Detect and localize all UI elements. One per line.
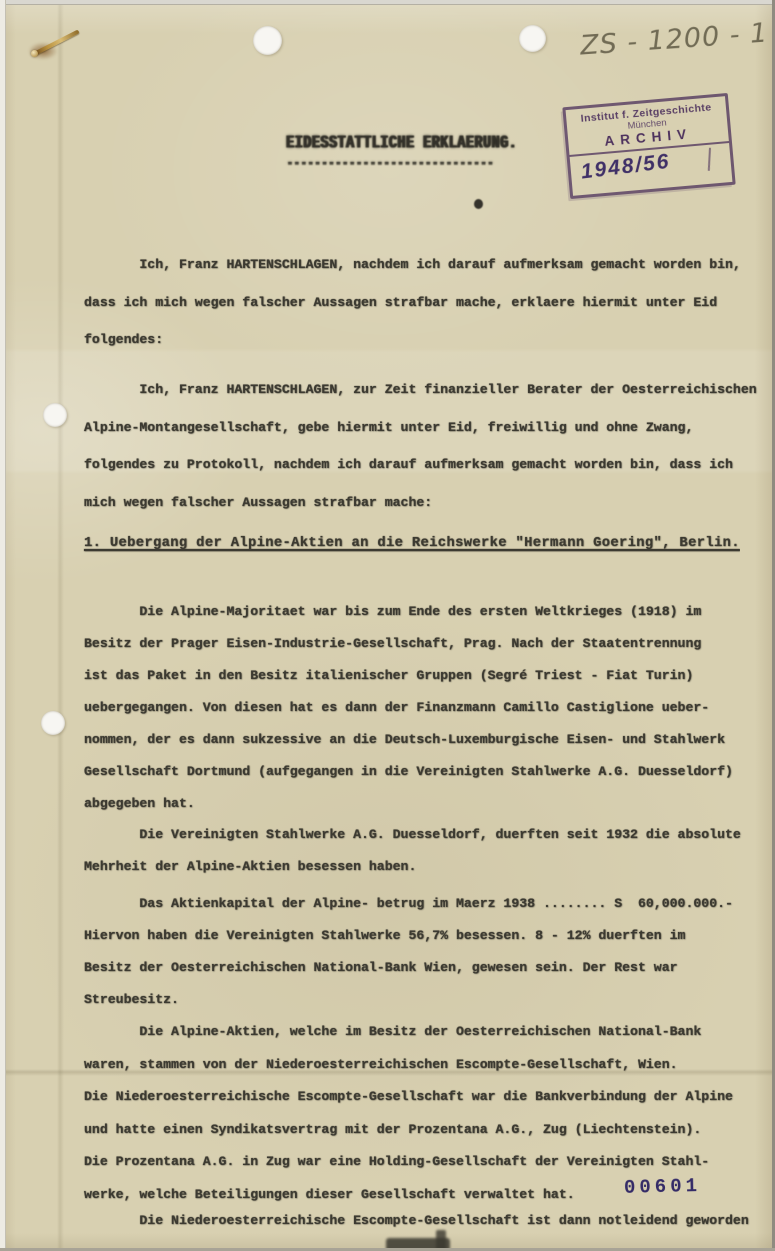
paragraph-aktienkapital: Das Aktienkapital der Alpine- betrug im … [84, 888, 733, 1016]
scanned-document-page: ZS - 1200 - 1 Institut f. Zeitgeschichte… [0, 0, 775, 1251]
stamp-number-handwritten: 1948/56 [580, 149, 672, 184]
document-title: EIDESSTATTLICHE ERKLAERUNG. [286, 134, 517, 154]
punch-hole [519, 25, 546, 52]
punch-hole [43, 403, 67, 427]
stamp-divider-line [708, 148, 711, 171]
title-underline: ------------------------------ [286, 155, 493, 170]
punch-hole [253, 26, 282, 55]
cut-off-text-smudge [436, 1230, 446, 1250]
paragraph-alpine-majority: Die Alpine-Majoritaet war bis zum Ende d… [84, 596, 733, 820]
scan-edge-left [0, 0, 6, 1251]
section-heading-1: 1. Uebergang der Alpine-Aktien an die Re… [84, 536, 740, 551]
ink-dot [474, 199, 483, 209]
paragraph-declarant: Ich, Franz HARTENSCHLAGEN, zur Zeit fina… [84, 371, 757, 521]
paper-pin [26, 26, 90, 72]
punch-hole [41, 711, 65, 735]
paragraph-vereinigte-stahlwerke: Die Vereinigten Stahlwerke A.G. Duesseld… [84, 819, 741, 883]
paragraph-oath-intro: Ich, Franz HARTENSCHLAGEN, nachdem ich d… [84, 246, 741, 359]
archive-stamp: Institut f. Zeitgeschichte München ARCHI… [562, 93, 735, 199]
page-number-stamp: 00601 [624, 1175, 702, 1199]
archive-code-handwritten: ZS - 1200 - 1 [579, 17, 769, 61]
scan-edge-top [0, 0, 775, 5]
paragraph-escompte-cutoff: Die Niederoesterreichische Escompte-Gese… [84, 1205, 749, 1237]
pin-head [31, 50, 38, 57]
